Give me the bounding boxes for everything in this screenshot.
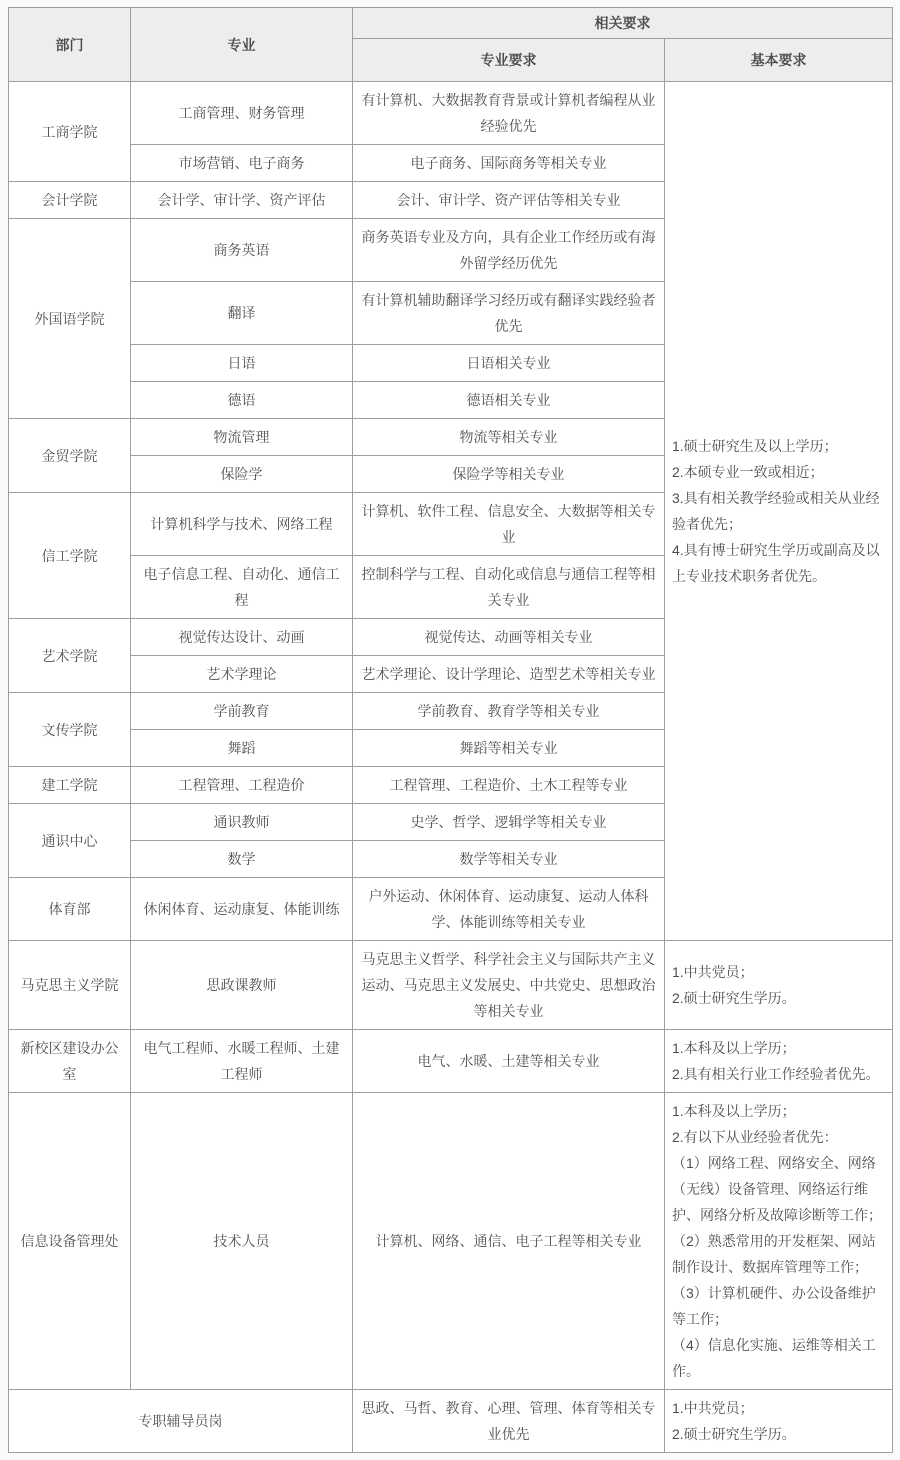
cell-prof: 思政、马哲、教育、心理、管理、体育等相关专业优先 bbox=[353, 1390, 665, 1453]
table-row: 马克思主义学院思政课教师马克思主义哲学、科学社会主义与国际共产主义运动、马克思主… bbox=[9, 941, 893, 1030]
requirement-line: 2.有以下从业经验者优先： bbox=[672, 1124, 887, 1150]
cell-major: 翻译 bbox=[131, 282, 353, 345]
cell-dept: 马克思主义学院 bbox=[9, 941, 131, 1030]
cell-major: 学前教育 bbox=[131, 693, 353, 730]
requirement-line: 2.硕士研究生学历。 bbox=[672, 1421, 887, 1447]
cell-prof: 计算机、软件工程、信息安全、大数据等相关专业 bbox=[353, 493, 665, 556]
table-row: 专职辅导员岗思政、马哲、教育、心理、管理、体育等相关专业优先1.中共党员；2.硕… bbox=[9, 1390, 893, 1453]
page: 部门 专业 相关要求 专业要求 基本要求 工商学院工商管理、财务管理有计算机、大… bbox=[0, 0, 900, 1460]
cell-dept: 信工学院 bbox=[9, 493, 131, 619]
recruitment-table: 部门 专业 相关要求 专业要求 基本要求 工商学院工商管理、财务管理有计算机、大… bbox=[8, 7, 893, 1453]
cell-major: 保险学 bbox=[131, 456, 353, 493]
requirement-line: 4.具有博士研究生学历或副高及以上专业技术职务者优先。 bbox=[672, 537, 887, 589]
cell-major: 会计学、审计学、资产评估 bbox=[131, 182, 353, 219]
table-header: 部门 专业 相关要求 专业要求 基本要求 bbox=[9, 8, 893, 82]
cell-major: 物流管理 bbox=[131, 419, 353, 456]
cell-basic: 1.硕士研究生及以上学历；2.本硕专业一致或相近；3.具有相关教学经验或相关从业… bbox=[665, 82, 893, 941]
cell-prof: 商务英语专业及方向，具有企业工作经历或有海外留学经历优先 bbox=[353, 219, 665, 282]
cell-major: 市场营销、电子商务 bbox=[131, 145, 353, 182]
cell-prof: 计算机、网络、通信、电子工程等相关专业 bbox=[353, 1093, 665, 1390]
cell-prof: 物流等相关专业 bbox=[353, 419, 665, 456]
cell-major: 通识教师 bbox=[131, 804, 353, 841]
cell-prof: 数学等相关专业 bbox=[353, 841, 665, 878]
cell-prof: 户外运动、休闲体育、运动康复、运动人体科学、体能训练等相关专业 bbox=[353, 878, 665, 941]
cell-prof: 德语相关专业 bbox=[353, 382, 665, 419]
header-professional-requirements: 专业要求 bbox=[353, 39, 665, 82]
table-row: 信息设备管理处技术人员计算机、网络、通信、电子工程等相关专业1.本科及以上学历；… bbox=[9, 1093, 893, 1390]
requirement-line: （2）熟悉常用的开发框架、网站制作设计、数据库管理等工作； bbox=[672, 1228, 887, 1280]
cell-dept: 信息设备管理处 bbox=[9, 1093, 131, 1390]
header-major: 专业 bbox=[131, 8, 353, 82]
cell-prof: 有计算机辅助翻译学习经历或有翻译实践经验者优先 bbox=[353, 282, 665, 345]
requirement-line: 2.具有相关行业工作经验者优先。 bbox=[672, 1061, 887, 1087]
header-basic-requirements: 基本要求 bbox=[665, 39, 893, 82]
requirement-line: 1.中共党员； bbox=[672, 959, 887, 985]
cell-basic: 1.本科及以上学历；2.具有相关行业工作经验者优先。 bbox=[665, 1030, 893, 1093]
cell-dept: 建工学院 bbox=[9, 767, 131, 804]
cell-dept: 体育部 bbox=[9, 878, 131, 941]
cell-major: 电气工程师、水暖工程师、土建工程师 bbox=[131, 1030, 353, 1093]
requirement-line: 1.中共党员； bbox=[672, 1395, 887, 1421]
requirement-line: （1）网络工程、网络安全、网络（无线）设备管理、网络运行维护、网络分析及故障诊断… bbox=[672, 1150, 887, 1228]
cell-prof: 学前教育、教育学等相关专业 bbox=[353, 693, 665, 730]
cell-prof: 马克思主义哲学、科学社会主义与国际共产主义运动、马克思主义发展史、中共党史、思想… bbox=[353, 941, 665, 1030]
cell-major: 商务英语 bbox=[131, 219, 353, 282]
cell-prof: 电气、水暖、土建等相关专业 bbox=[353, 1030, 665, 1093]
cell-basic: 1.中共党员；2.硕士研究生学历。 bbox=[665, 941, 893, 1030]
cell-dept: 外国语学院 bbox=[9, 219, 131, 419]
requirement-line: 1.硕士研究生及以上学历； bbox=[672, 433, 887, 459]
header-row-1: 部门 专业 相关要求 bbox=[9, 8, 893, 39]
cell-major: 日语 bbox=[131, 345, 353, 382]
table-row: 工商学院工商管理、财务管理有计算机、大数据教育背景或计算机者编程从业经验优先1.… bbox=[9, 82, 893, 145]
cell-major: 电子信息工程、自动化、通信工程 bbox=[131, 556, 353, 619]
cell-major: 技术人员 bbox=[131, 1093, 353, 1390]
cell-prof: 有计算机、大数据教育背景或计算机者编程从业经验优先 bbox=[353, 82, 665, 145]
cell-dept: 文传学院 bbox=[9, 693, 131, 767]
requirement-line: （3）计算机硬件、办公设备维护等工作； bbox=[672, 1280, 887, 1332]
table-row: 新校区建设办公室电气工程师、水暖工程师、土建工程师电气、水暖、土建等相关专业1.… bbox=[9, 1030, 893, 1093]
requirement-line: 2.本硕专业一致或相近； bbox=[672, 459, 887, 485]
cell-major: 休闲体育、运动康复、体能训练 bbox=[131, 878, 353, 941]
requirement-line: 3.具有相关教学经验或相关从业经验者优先； bbox=[672, 485, 887, 537]
header-dept: 部门 bbox=[9, 8, 131, 82]
cell-basic: 1.本科及以上学历；2.有以下从业经验者优先：（1）网络工程、网络安全、网络（无… bbox=[665, 1093, 893, 1390]
cell-major: 舞蹈 bbox=[131, 730, 353, 767]
cell-dept: 新校区建设办公室 bbox=[9, 1030, 131, 1093]
requirement-line: 1.本科及以上学历； bbox=[672, 1098, 887, 1124]
cell-dept: 艺术学院 bbox=[9, 619, 131, 693]
cell-major: 思政课教师 bbox=[131, 941, 353, 1030]
cell-major: 视觉传达设计、动画 bbox=[131, 619, 353, 656]
cell-prof: 史学、哲学、逻辑学等相关专业 bbox=[353, 804, 665, 841]
table-body: 工商学院工商管理、财务管理有计算机、大数据教育背景或计算机者编程从业经验优先1.… bbox=[9, 82, 893, 1453]
cell-major: 艺术学理论 bbox=[131, 656, 353, 693]
cell-dept: 工商学院 bbox=[9, 82, 131, 182]
cell-prof: 舞蹈等相关专业 bbox=[353, 730, 665, 767]
cell-dept: 会计学院 bbox=[9, 182, 131, 219]
requirement-line: （4）信息化实施、运维等相关工作。 bbox=[672, 1332, 887, 1384]
cell-prof: 日语相关专业 bbox=[353, 345, 665, 382]
requirement-line: 2.硕士研究生学历。 bbox=[672, 985, 887, 1011]
cell-basic: 1.中共党员；2.硕士研究生学历。 bbox=[665, 1390, 893, 1453]
cell-prof: 视觉传达、动画等相关专业 bbox=[353, 619, 665, 656]
cell-major: 计算机科学与技术、网络工程 bbox=[131, 493, 353, 556]
requirement-line: 1.本科及以上学历； bbox=[672, 1035, 887, 1061]
cell-major: 德语 bbox=[131, 382, 353, 419]
cell-dept: 金贸学院 bbox=[9, 419, 131, 493]
cell-dept: 通识中心 bbox=[9, 804, 131, 878]
cell-prof: 工程管理、工程造价、土木工程等专业 bbox=[353, 767, 665, 804]
cell-prof: 控制科学与工程、自动化或信息与通信工程等相关专业 bbox=[353, 556, 665, 619]
cell-prof: 保险学等相关专业 bbox=[353, 456, 665, 493]
header-related-requirements: 相关要求 bbox=[353, 8, 893, 39]
cell-major: 工程管理、工程造价 bbox=[131, 767, 353, 804]
cell-major: 数学 bbox=[131, 841, 353, 878]
cell-prof: 会计、审计学、资产评估等相关专业 bbox=[353, 182, 665, 219]
cell-prof: 电子商务、国际商务等相关专业 bbox=[353, 145, 665, 182]
cell-dept: 专职辅导员岗 bbox=[9, 1390, 353, 1453]
cell-prof: 艺术学理论、设计学理论、造型艺术等相关专业 bbox=[353, 656, 665, 693]
cell-major: 工商管理、财务管理 bbox=[131, 82, 353, 145]
